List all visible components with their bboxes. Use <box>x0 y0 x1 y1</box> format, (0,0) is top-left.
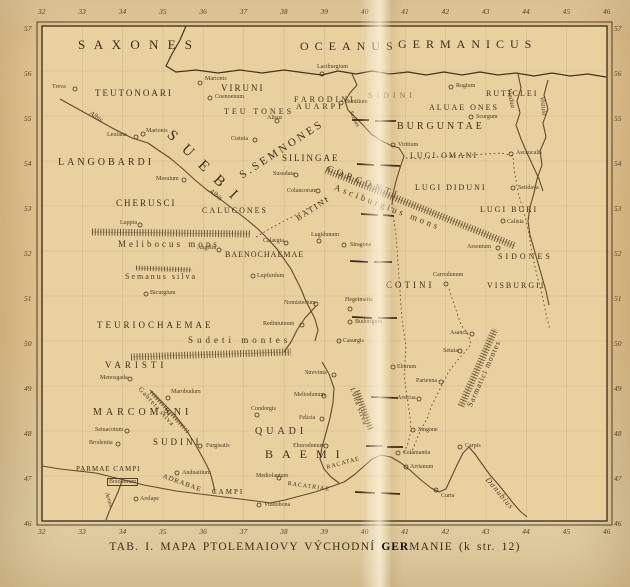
leufana-label: Leufana <box>107 132 127 138</box>
latitude-label-left: 56 <box>24 69 32 78</box>
luppia-label: Luppia <box>120 220 137 226</box>
arrianum-label: Arrianum <box>410 464 433 470</box>
redintuinum-label: Redintuinum <box>263 321 294 327</box>
carpis-label: Carpis <box>465 443 481 449</box>
longitude-label-top: 35 <box>159 7 167 16</box>
alisus-label: Alisus <box>267 115 282 121</box>
sarmatici-montes-label: Sarmatici montes <box>466 339 502 408</box>
calaegia-label: Calaegia <box>263 238 284 244</box>
longitude-label-bottom: 35 <box>159 527 167 536</box>
varisti-label: VARISTI <box>105 361 167 370</box>
cistuia-label: Cistuia <box>231 136 248 142</box>
marcomani-label: MARCOMANI <box>93 408 192 418</box>
setidava-label: Setidava <box>518 185 539 191</box>
suebus-label: Suebus <box>348 110 361 128</box>
latitude-label-left: 55 <box>24 114 32 123</box>
longitude-label-top: 39 <box>321 7 329 16</box>
teu-tones-label: TEU TONES <box>224 108 294 116</box>
longitude-label-bottom: 45 <box>563 527 571 536</box>
laciburgium-label: Laciburgium <box>317 64 348 70</box>
longitude-label-bottom: 44 <box>522 527 530 536</box>
latitude-label-left: 46 <box>24 519 32 528</box>
longitude-label-bottom: 36 <box>199 527 207 536</box>
latitude-label-right: 47 <box>614 474 622 483</box>
hegetmatia-label: Hegetmatia <box>345 297 373 303</box>
longitude-label-top: 42 <box>442 7 450 16</box>
marionis-label: Marionis <box>146 128 168 134</box>
colancorum-label: Colancorum <box>287 188 317 194</box>
asanca-label: Asanca <box>450 330 468 336</box>
teutonoari-label: TEUTONOARI <box>95 89 173 98</box>
longitude-label-bottom: 43 <box>482 527 490 536</box>
singone-label: Singone <box>418 427 438 433</box>
latitude-label-left: 57 <box>24 24 32 33</box>
susudata-label: Susudata <box>273 171 295 177</box>
viritium-label: Viritium <box>398 142 418 148</box>
angelia-label: Angelia <box>197 245 216 251</box>
viruni-label: VIRUNI <box>221 84 265 93</box>
ascaucalis-label: Ascaucalis <box>516 150 542 156</box>
latitude-label-right: 50 <box>614 339 622 348</box>
vindobona-label: Vindobona <box>264 502 290 508</box>
latitude-label-left: 50 <box>24 339 32 348</box>
sidones-label: SIDONES <box>498 253 553 261</box>
setuacotum-label: Setuacotum <box>95 427 123 433</box>
baenochaemae-label: BAENOCHAEMAE <box>225 251 304 259</box>
curta-label: Curta <box>441 493 454 499</box>
bunitium-label: Bunitium <box>345 99 368 105</box>
arsicua-label: Arsicua <box>397 395 416 401</box>
carrodunum-label: Carrodunum <box>433 272 463 278</box>
longitude-label-top: 43 <box>482 7 490 16</box>
eburum-label: Eburum <box>397 364 416 370</box>
batini-label: BATINI <box>295 195 331 223</box>
burguntae-label: BURGUNTAE <box>397 122 485 132</box>
arelape-label: Arelape <box>140 496 159 502</box>
longitude-label-top: 33 <box>78 7 86 16</box>
oceanus-label: OCEANUS <box>300 40 399 52</box>
furgisatis-label: Furgisatis <box>206 443 230 449</box>
boiodurum-label: Boiodurum <box>108 479 137 485</box>
longitude-label-top: 36 <box>199 7 207 16</box>
latitude-label-left: 53 <box>24 204 32 213</box>
luna-silva-label: Luna silva <box>348 387 368 426</box>
longitude-label-top: 40 <box>361 7 369 16</box>
racatriae-label: RACATRIAE <box>287 481 330 493</box>
eburodunum-label: Eburodunum <box>293 443 324 449</box>
longitude-label-bottom: 37 <box>240 527 248 536</box>
sudeti-montes-label: Sudeti montes <box>188 336 291 345</box>
cherusci-label: CHERUSCI <box>116 199 177 208</box>
budorigum-label: Budorigum <box>355 319 382 325</box>
longitude-label-top: 34 <box>119 7 127 16</box>
campi-label: CAMPI <box>212 489 244 496</box>
condorgis-label: Condorgis <box>251 406 276 412</box>
visburgii-label: VISBURGII <box>487 282 545 290</box>
strevinta-label: Strevinta <box>305 370 327 376</box>
teuriochaemae-label: TEURIOCHAEMAE <box>97 321 214 330</box>
lugidunum-label: Lugidunum <box>311 232 339 238</box>
baemi-label: BAEMI <box>265 448 349 460</box>
arsonium-label: Arsonium <box>467 244 491 250</box>
longitude-label-top: 41 <box>401 7 409 16</box>
latitude-label-right: 54 <box>614 159 622 168</box>
latitude-label-right: 52 <box>614 249 622 258</box>
nomisterium-label: Nomisterium <box>284 300 316 306</box>
longitude-label-bottom: 34 <box>119 527 127 536</box>
scanned-map-page: S A X O N E SOCEANUSGERMANICUSTEUTONOARI… <box>0 0 630 587</box>
setuia-label: Setuia <box>443 348 458 354</box>
s-a-x-o-n-e-s-label: S A X O N E S <box>78 38 195 51</box>
parienna-label: Parienna <box>416 378 437 384</box>
lugi-omani-label: LUGI OMANI <box>410 152 478 160</box>
aluae-ones-label: ALUAE ONES <box>429 104 499 112</box>
longitude-label-top: 37 <box>240 7 248 16</box>
longitude-label-bottom: 41 <box>401 527 409 536</box>
scurgum-label: Scurgum <box>476 114 498 120</box>
auarpi-label: AUARPI <box>296 103 344 111</box>
longitude-label-bottom: 33 <box>78 527 86 536</box>
aenus-label: Aenus <box>103 492 113 508</box>
quadi-label: QUADI <box>255 427 307 437</box>
longitude-label-top: 32 <box>38 7 46 16</box>
meliodunum-label: Meliodunum <box>294 392 325 398</box>
sudini-label: SUDINI <box>153 438 202 447</box>
lupfurdum-label: Lupfurdum <box>257 273 284 279</box>
vistula-label: Vistula <box>538 96 548 116</box>
latitude-label-right: 53 <box>614 204 622 213</box>
latitude-label-right: 57 <box>614 24 622 33</box>
anduaitium-label: Anduaitium <box>182 470 211 476</box>
marobudum-label: Marobudum <box>171 389 201 395</box>
longitude-label-top: 38 <box>280 7 288 16</box>
coenoenum-label: Coenoenum <box>215 94 244 100</box>
longitude-label-bottom: 32 <box>38 527 46 536</box>
rugium-label: Rugium <box>456 83 475 89</box>
latitude-label-right: 56 <box>614 69 622 78</box>
danubius-label: Danubius <box>484 476 515 511</box>
cotini-label: COTINI <box>386 281 435 290</box>
felicia-label: Felicia <box>299 415 315 421</box>
map-caption: TAB. I. MAPA PTOLEMAIOVY VÝCHODNÍ GERMAN… <box>0 541 630 553</box>
menosgada-label: Menosgada <box>100 375 128 381</box>
latitude-label-right: 46 <box>614 519 622 528</box>
casurgis-label: Casurgis <box>343 338 364 344</box>
treva-label: Treva <box>52 84 66 90</box>
mediolanium-label: Mediolanium <box>256 473 288 479</box>
longitude-label-bottom: 42 <box>442 527 450 536</box>
caption-bold: GER <box>381 541 409 553</box>
latitude-label-right: 55 <box>614 114 622 123</box>
longitude-label-top: 44 <box>522 7 530 16</box>
latitude-label-right: 49 <box>614 384 622 393</box>
sidini-label: SIDINI <box>368 92 416 100</box>
mesuium-label: Mesuium <box>156 176 179 182</box>
latitude-label-left: 52 <box>24 249 32 258</box>
latitude-label-left: 54 <box>24 159 32 168</box>
germanicus-label: GERMANICUS <box>398 38 537 50</box>
stragona-label: Stragona <box>350 242 371 248</box>
latitude-label-left: 49 <box>24 384 32 393</box>
longitude-label-bottom: 40 <box>361 527 369 536</box>
caption-pre: TAB. I. MAPA PTOLEMAIOVY VÝCHODNÍ <box>109 541 381 553</box>
longitude-label-bottom: 39 <box>321 527 329 536</box>
lugi-diduni-label: LUGI DIDUNI <box>415 184 487 192</box>
celamantia-label: Celamantia <box>403 450 430 456</box>
longitude-label-bottom: 46 <box>603 527 611 536</box>
albis-label: Albis <box>88 110 104 124</box>
lugi-buri-label: LUGI BURI <box>480 206 538 214</box>
latitude-label-right: 51 <box>614 294 622 303</box>
latitude-label-left: 47 <box>24 474 32 483</box>
latitude-label-left: 51 <box>24 294 32 303</box>
bicurgium-label: Bicurgium <box>150 290 176 296</box>
silingae-label: SILINGAE <box>282 154 340 163</box>
brodentia-label: Brodentia <box>89 440 113 446</box>
caption-post: MANIE (k str. 12) <box>409 541 520 553</box>
longitude-label-top: 46 <box>603 7 611 16</box>
parmae-campi-label: PARMAE CAMPI <box>76 466 140 473</box>
langobardi-label: LANGOBARDI <box>58 158 154 168</box>
semanus-silva-label: Semanus silva <box>125 273 197 281</box>
longitude-label-bottom: 38 <box>280 527 288 536</box>
marionis-label: Marionis <box>205 76 227 82</box>
calisia-label: Calisia <box>507 219 524 225</box>
longitude-label-top: 45 <box>563 7 571 16</box>
map-labels-layer: S A X O N E SOCEANUSGERMANICUSTEUTONOARI… <box>0 0 630 587</box>
latitude-label-right: 48 <box>614 429 622 438</box>
latitude-label-left: 48 <box>24 429 32 438</box>
adrabae-label: ADRABAE <box>162 473 203 494</box>
